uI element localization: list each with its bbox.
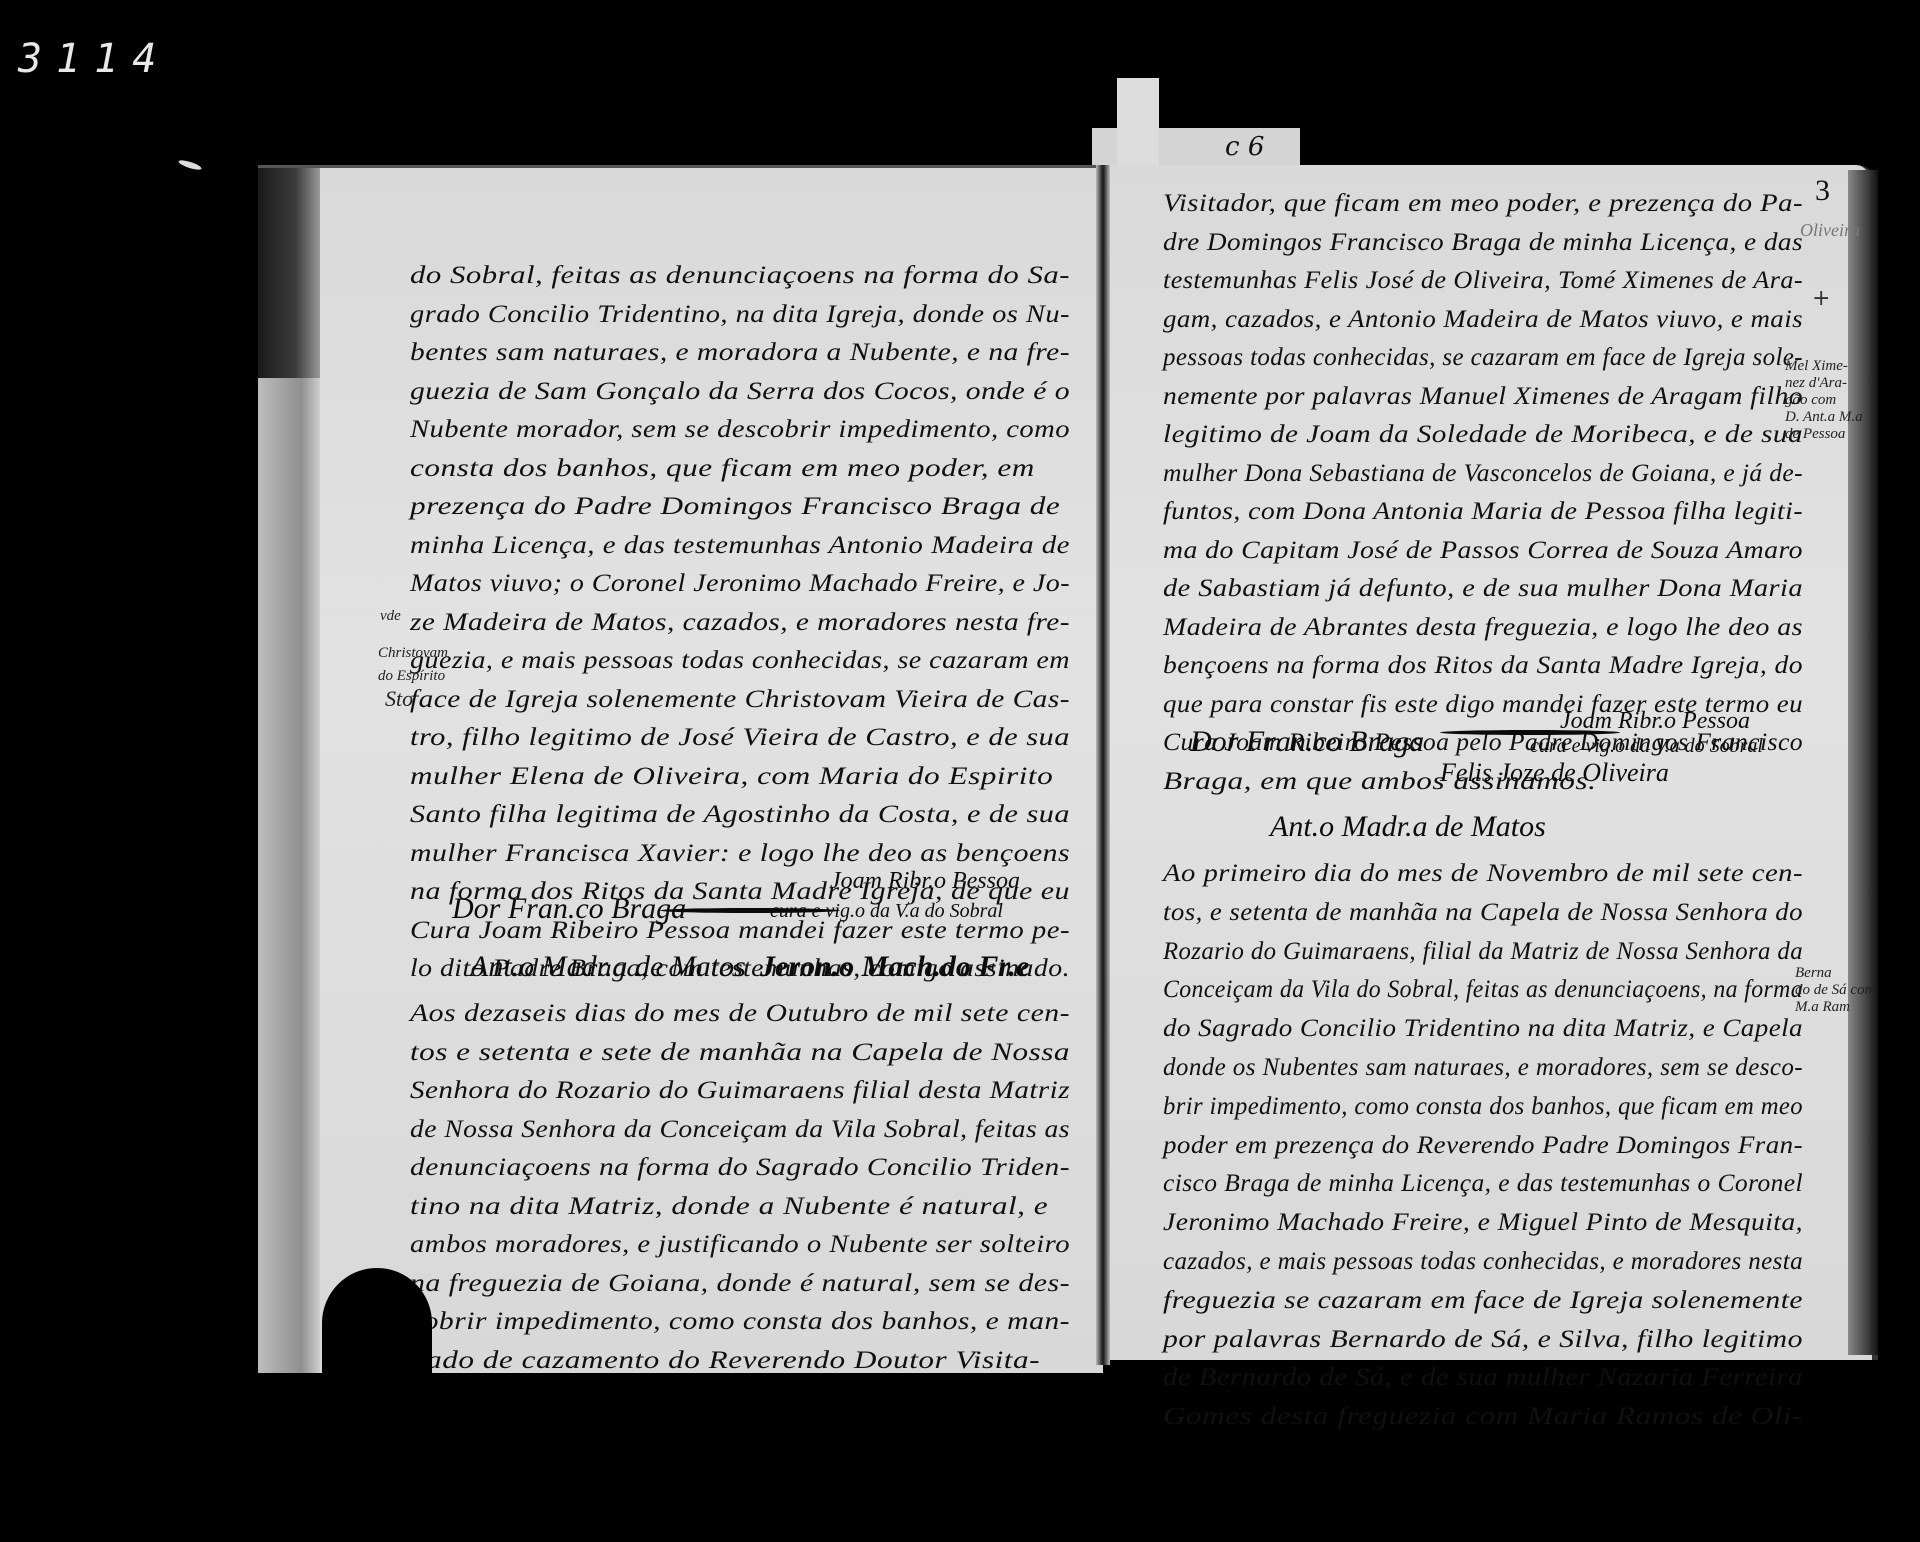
text-line: Madeira de Abrantes desta freguezia, e l… — [1163, 614, 1803, 642]
text-line: Gomes desta freguezia com Maria Ramos de… — [1163, 1403, 1803, 1431]
text-line: grado Concilio Tridentino, na dita Igrej… — [410, 301, 1070, 329]
text-line: dre Domingos Francisco Braga de minha Li… — [1163, 229, 1803, 257]
text-line: consta dos banhos, que ficam em meo pode… — [410, 455, 1035, 483]
right-signature-braga: Dor Fran.co Braga — [1190, 725, 1424, 759]
shadow-obstruction — [322, 1268, 432, 1388]
text-line: guezia, e mais pessoas todas conhecidas,… — [410, 647, 1070, 675]
text-line: pessoas todas conhecidas, se cazaram em … — [1163, 344, 1803, 372]
text-line: Santo filha legitima de Agostinho da Cos… — [410, 801, 1070, 829]
text-line: ze Madeira de Matos, cazados, e moradore… — [410, 609, 1070, 637]
text-line: mulher Elena de Oliveira, com Maria do E… — [410, 763, 1053, 791]
binding-strip — [258, 168, 320, 1373]
text-line: denunciaçoens na forma do Sagrado Concil… — [410, 1154, 1070, 1182]
text-line: face de Igreja solenemente Christovam Vi… — [410, 686, 1070, 714]
text-line: brir impedimento, como consta dos banhos… — [1163, 1093, 1803, 1121]
text-line: Aos dezaseis dias do mes de Outubro de m… — [410, 1000, 1070, 1028]
text-line: tro, filho legitimo de José Vieira de Ca… — [410, 724, 1070, 752]
text-line: ma do Capitam José de Passos Correa de S… — [1163, 537, 1803, 565]
right-margin-note-top: Oliveira — [1800, 222, 1860, 239]
text-line: gam, cazados, e Antonio Madeira de Matos… — [1163, 306, 1803, 334]
text-line: testemunhas Felis José de Oliveira, Tomé… — [1163, 267, 1803, 295]
text-line: do Sobral, feitas as denunciaçoens na fo… — [410, 262, 1070, 290]
right-signature-cura-title: cura e vig.o da V.a do Sobral — [1530, 735, 1763, 758]
text-line: tos, e setenta de manhãa na Capela de No… — [1163, 899, 1803, 927]
text-line: tos e setenta e sete de manhãa na Capela… — [410, 1039, 1070, 1067]
text-line: donde os Nubentes sam naturaes, e morado… — [1163, 1054, 1803, 1082]
left-signature-braga: Dor Fran.co Braga — [452, 892, 686, 926]
text-line: minha Licença, e das testemunhas Antonio… — [410, 532, 1070, 560]
text-line: freguezia se cazaram em face de Igreja s… — [1163, 1287, 1803, 1315]
text-line: Conceiçam da Vila do Sobral, feitas as d… — [1163, 976, 1803, 1004]
text-line: Senhora do Rozario do Guimaraens filial … — [410, 1077, 1070, 1105]
right-signature-cura: Joam Ribr.o Pessoa — [1560, 708, 1750, 735]
right-signature-witness: Felis Joze de Oliveira — [1440, 758, 1669, 788]
left-margin-note-3: do Espírito — [378, 668, 445, 685]
text-line: tino na dita Matriz, donde a Nubente é n… — [410, 1193, 1048, 1221]
right-margin-note-entry-2: Berna do de Sá com M.a Ram — [1795, 965, 1875, 1016]
text-line: Visitador, que ficam em meo poder, e pre… — [1163, 190, 1803, 218]
text-line: por palavras Bernardo de Sá, e Silva, fi… — [1163, 1326, 1803, 1354]
text-line: legitimo de Joam da Soledade de Moribeca… — [1163, 421, 1803, 449]
left-margin-note-2: Christovam — [378, 645, 448, 662]
left-margin-note-1: vde — [380, 608, 401, 625]
left-entry-heading-2: Jeron.o Mach.do Fr.e — [760, 950, 1029, 984]
left-margin-note-4: Sto — [385, 690, 413, 707]
text-line: nemente por palavras Manuel Ximenes de A… — [1163, 383, 1803, 411]
text-line: ambos moradores, e justificando o Nubent… — [410, 1231, 1070, 1259]
tab-mark: c 6 — [1225, 132, 1264, 162]
text-line: bentes sam naturaes, e moradora a Nubent… — [410, 339, 1070, 367]
text-line: mulher Dona Sebastiana de Vasconcelos de… — [1163, 460, 1803, 488]
text-line: Matos viuvo; o Coronel Jeronimo Machado … — [410, 570, 1070, 598]
text-line: de Sabastiam já defunto, e de sua mulher… — [1163, 575, 1803, 603]
film-speck — [178, 158, 203, 171]
text-line: na freguezia de Goiana, donde é natural,… — [410, 1270, 1070, 1298]
left-entry-heading: Ant.o Madr.a de Matos — [470, 950, 746, 984]
text-line: dado de cazamento do Reverendo Doutor Vi… — [410, 1347, 1040, 1375]
right-margin-note-entry-1: Mel Xime- nez d'Ara- gão com D. Ant.a M.… — [1785, 358, 1863, 443]
text-line: cobrir impedimento, como consta dos banh… — [410, 1308, 1070, 1336]
text-line: prezença do Padre Domingos Francisco Bra… — [410, 493, 1060, 521]
margin-cross-mark: + — [1812, 286, 1830, 311]
text-line: de Nossa Senhora da Conceiçam da Vila So… — [410, 1116, 1070, 1144]
book-spine — [1096, 165, 1110, 1365]
text-line: de Bernardo de Sá, e de sua mulher Nazar… — [1163, 1364, 1803, 1392]
page-tab-upright — [1117, 78, 1159, 170]
left-signature-cura: Joam Ribr.o Pessoa — [830, 868, 1020, 895]
text-line: bençoens na forma dos Ritos da Santa Mad… — [1163, 652, 1803, 680]
text-line: cisco Braga de minha Licença, e das test… — [1163, 1170, 1803, 1198]
text-line: Rozario do Guimaraens, filial da Matriz … — [1163, 938, 1803, 966]
text-line: mulher Francisca Xavier: e logo lhe deo … — [410, 840, 1070, 868]
page-number: 3 — [1815, 174, 1830, 208]
microfilm-frame-number: 3114 — [18, 36, 170, 82]
right-entry-heading: Ant.o Madr.a de Matos — [1270, 810, 1546, 844]
text-line: cazados, e mais pessoas todas conhecidas… — [1163, 1248, 1803, 1276]
text-line: Ao primeiro dia do mes de Novembro de mi… — [1163, 860, 1803, 888]
text-line: do Sagrado Concilio Tridentino na dita M… — [1163, 1015, 1803, 1043]
text-line: funtos, com Dona Antonia Maria de Pessoa… — [1163, 498, 1803, 526]
text-line: Nubente morador, sem se descobrir impedi… — [410, 416, 1070, 444]
text-line: poder em prezença do Reverendo Padre Dom… — [1163, 1132, 1803, 1160]
text-line: Jeronimo Machado Freire, e Miguel Pinto … — [1163, 1209, 1803, 1237]
page-fore-edge — [1848, 170, 1878, 1355]
left-signature-cura-title: cura e vig.o da V.a do Sobral — [770, 900, 1003, 923]
text-line: guezia de Sam Gonçalo da Serra dos Cocos… — [410, 378, 1070, 406]
